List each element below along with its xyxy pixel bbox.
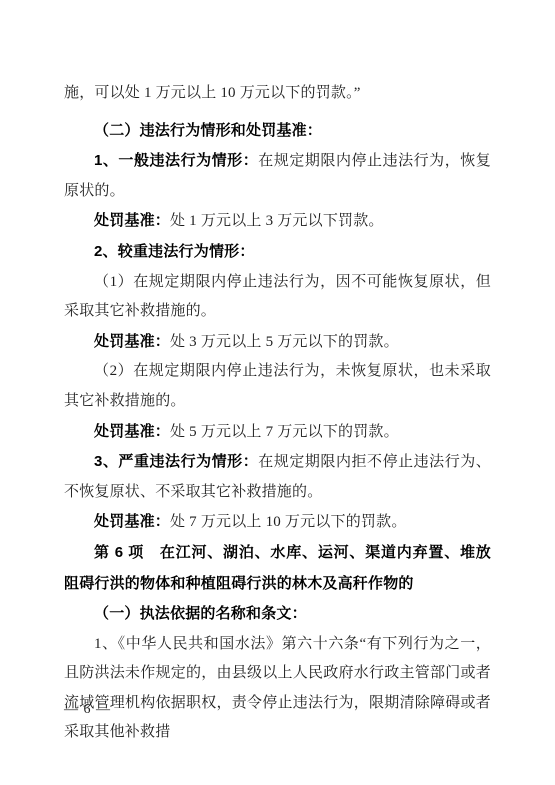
body-paragraph: 1、《中华人民共和国水法》第六十六条“有下列行为之一，且防洪法未作规定的，由县级… [64, 630, 491, 748]
paragraph-text: 处 1 万元以上 3 万元以下罚款。 [170, 213, 384, 229]
paragraph-text: 处 5 万元以上 7 万元以下的罚款。 [170, 424, 399, 440]
paragraph-lead: 3、严重违法行为情形： [94, 453, 258, 470]
paragraph-lead: 1、一般违法行为情形： [94, 152, 258, 169]
heading-text: 第 6 项 在江河、湖泊、水库、运河、渠道内弃置、堆放阻碍行洪的物体和种植阻碍行… [64, 544, 491, 592]
paragraph-lead: 处罚基准： [94, 333, 170, 350]
body-paragraph: 处罚基准：处 5 万元以上 7 万元以下的罚款。 [64, 417, 491, 448]
body-paragraph: 处罚基准：处 1 万元以上 3 万元以下罚款。 [64, 206, 491, 237]
body-paragraph: 2、较重违法行为情形： [64, 237, 491, 268]
paragraph-text: 施，可以处 1 万元以上 10 万元以下的罚款。” [64, 85, 361, 101]
paragraph-text: 处 3 万元以上 5 万元以下的罚款。 [170, 334, 399, 350]
section-heading: （一）执法依据的名称和条文： [64, 599, 491, 630]
document-page: 施，可以处 1 万元以上 10 万元以下的罚款。” （二）违法行为情形和处罚基准… [0, 0, 555, 785]
body-paragraph: 施，可以处 1 万元以上 10 万元以下的罚款。” [64, 79, 491, 109]
paragraph-lead: 处罚基准： [94, 212, 170, 229]
body-paragraph: （1）在规定期限内停止违法行为，因不可能恢复原状，但采取其它补救措施的。 [64, 268, 491, 327]
paragraph-lead: 处罚基准： [94, 513, 170, 530]
section-heading: （二）违法行为情形和处罚基准： [64, 116, 491, 147]
paragraph-text: 处 7 万元以上 10 万元以下的罚款。 [170, 514, 407, 530]
heading-text: （二）违法行为情形和处罚基准： [94, 122, 322, 139]
paragraph-text: （2）在规定期限内停止违法行为，未恢复原状，也未采取其它补救措施的。 [64, 363, 491, 409]
document-body: 施，可以处 1 万元以上 10 万元以下的罚款。” （二）违法行为情形和处罚基准… [64, 79, 491, 748]
body-paragraph: 处罚基准：处 7 万元以上 10 万元以下的罚款。 [64, 507, 491, 538]
heading-text: （一）执法依据的名称和条文： [94, 605, 307, 622]
body-paragraph: 处罚基准：处 3 万元以上 5 万元以下的罚款。 [64, 327, 491, 358]
paragraph-lead: 处罚基准： [94, 423, 170, 440]
body-paragraph: （2）在规定期限内停止违法行为，未恢复原状，也未采取其它补救措施的。 [64, 357, 491, 416]
body-paragraph: 3、严重违法行为情形：在规定期限内拒不停止违法行为、不恢复原状、不采取其它补救措… [64, 447, 491, 507]
body-paragraph: 1、一般违法行为情形：在规定期限内停止违法行为，恢复原状的。 [64, 146, 491, 206]
paragraph-text: 1、《中华人民共和国水法》第六十六条“有下列行为之一，且防洪法未作规定的，由县级… [64, 636, 491, 741]
paragraph-text: （1）在规定期限内停止违法行为，因不可能恢复原状，但采取其它补救措施的。 [64, 274, 491, 320]
section-heading: 第 6 项 在江河、湖泊、水库、运河、渠道内弃置、堆放阻碍行洪的物体和种植阻碍行… [64, 538, 491, 599]
paragraph-lead: 2、较重违法行为情形： [94, 243, 255, 260]
page-number: — 6 — [64, 699, 111, 721]
